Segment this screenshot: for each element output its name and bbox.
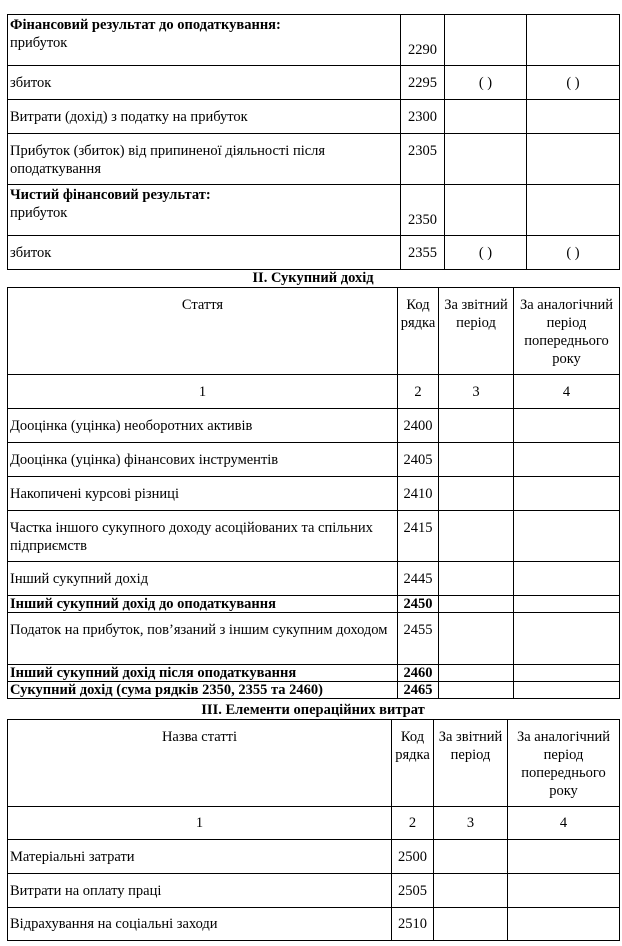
current-period-cell[interactable] (434, 874, 508, 908)
table-row: Сукупний дохід (сума рядків 2350, 2355 т… (8, 682, 620, 699)
operating-expenses-table: Назва статті Код рядка За звітний період… (7, 719, 620, 941)
row-label: Інший сукупний дохід (8, 562, 398, 596)
row-label: Сукупний дохід (сума рядків 2350, 2355 т… (8, 682, 398, 699)
table-row: Фінансовий результат до оподаткування: п… (8, 15, 620, 66)
financial-result-table: Фінансовий результат до оподаткування: п… (7, 14, 620, 270)
header-code: Код рядка (392, 720, 434, 807)
current-period-cell[interactable] (439, 409, 514, 443)
table-row: Витрати на оплату праці 2505 (8, 874, 620, 908)
row-code: 2350 (401, 185, 445, 236)
current-period-cell[interactable]: ( ) (445, 66, 527, 100)
current-period-cell[interactable] (439, 596, 514, 613)
row-label: Накопичені курсові різниці (8, 477, 398, 511)
current-period-cell[interactable] (439, 562, 514, 596)
row-heading: Чистий фінансовий результат: (10, 186, 398, 204)
section-title-comprehensive-income: II. Сукупний дохід (7, 269, 619, 287)
table-row: Відрахування на соціальні заходи 2510 (8, 908, 620, 941)
row-label-cell: Чистий фінансовий результат: прибуток (8, 185, 401, 236)
row-code: 2295 (401, 66, 445, 100)
col-number: 2 (398, 375, 439, 409)
row-code: 2465 (398, 682, 439, 699)
row-code: 2405 (398, 443, 439, 477)
row-code: 2510 (392, 908, 434, 941)
previous-period-cell[interactable] (508, 840, 620, 874)
column-number-row: 1 2 3 4 (8, 375, 620, 409)
current-period-cell[interactable] (439, 682, 514, 699)
current-period-cell[interactable] (439, 665, 514, 682)
previous-period-cell[interactable] (514, 613, 620, 665)
row-code: 2460 (398, 665, 439, 682)
col-number: 3 (434, 807, 508, 840)
row-label: Частка іншого сукупного доходу асоційова… (8, 511, 398, 562)
current-period-cell[interactable]: ( ) (445, 236, 527, 270)
current-period-cell[interactable] (445, 134, 527, 185)
col-number: 1 (8, 807, 392, 840)
table-row: збиток 2355 ( ) ( ) (8, 236, 620, 270)
row-code: 2455 (398, 613, 439, 665)
table-row: Частка іншого сукупного доходу асоційова… (8, 511, 620, 562)
header-item: Назва статті (8, 720, 392, 807)
row-code: 2415 (398, 511, 439, 562)
previous-period-cell[interactable] (508, 908, 620, 941)
table-row: Матеріальні затрати 2500 (8, 840, 620, 874)
row-code: 2305 (401, 134, 445, 185)
row-label: Дооцінка (уцінка) фінансових інструменті… (8, 443, 398, 477)
header-previous-period: За аналогічний період попереднього року (508, 720, 620, 807)
previous-period-cell[interactable] (514, 409, 620, 443)
row-code: 2400 (398, 409, 439, 443)
previous-period-cell[interactable] (527, 15, 620, 66)
previous-period-cell[interactable] (514, 665, 620, 682)
table-row: Накопичені курсові різниці 2410 (8, 477, 620, 511)
header-current-period: За звітний період (439, 288, 514, 375)
col-number: 1 (8, 375, 398, 409)
table-row: Витрати (дохід) з податку на прибуток 23… (8, 100, 620, 134)
table-row: Інший сукупний дохід до оподаткування 24… (8, 596, 620, 613)
current-period-cell[interactable] (439, 511, 514, 562)
row-code: 2505 (392, 874, 434, 908)
table-row: Інший сукупний дохід 2445 (8, 562, 620, 596)
row-label: Інший сукупний дохід до оподаткування (8, 596, 398, 613)
table-header-row: Стаття Код рядка За звітний період За ан… (8, 288, 620, 375)
row-label: Матеріальні затрати (8, 840, 392, 874)
column-number-row: 1 2 3 4 (8, 807, 620, 840)
header-current-period: За звітний період (434, 720, 508, 807)
previous-period-cell[interactable] (514, 562, 620, 596)
row-label: Інший сукупний дохід після оподаткування (8, 665, 398, 682)
table-row: Чистий фінансовий результат: прибуток 23… (8, 185, 620, 236)
row-label: прибуток (10, 34, 398, 52)
previous-period-cell[interactable] (527, 134, 620, 185)
row-code: 2500 (392, 840, 434, 874)
row-code: 2355 (401, 236, 445, 270)
previous-period-cell[interactable] (508, 874, 620, 908)
previous-period-cell[interactable] (527, 100, 620, 134)
table-row: Дооцінка (уцінка) фінансових інструменті… (8, 443, 620, 477)
row-label: Витрати на оплату праці (8, 874, 392, 908)
row-label: Відрахування на соціальні заходи (8, 908, 392, 941)
col-number: 2 (392, 807, 434, 840)
previous-period-cell[interactable] (514, 596, 620, 613)
previous-period-cell[interactable] (514, 682, 620, 699)
section-title-operating-expenses: III. Елементи операційних витрат (7, 701, 619, 719)
row-label: збиток (8, 66, 401, 100)
row-heading: Фінансовий результат до оподаткування: (10, 16, 398, 34)
header-code: Код рядка (398, 288, 439, 375)
col-number: 4 (514, 375, 620, 409)
row-code: 2450 (398, 596, 439, 613)
current-period-cell[interactable] (445, 185, 527, 236)
current-period-cell[interactable] (445, 100, 527, 134)
previous-period-cell[interactable]: ( ) (527, 66, 620, 100)
current-period-cell[interactable] (439, 477, 514, 511)
comprehensive-income-table: Стаття Код рядка За звітний період За ан… (7, 287, 620, 699)
row-label: Дооцінка (уцінка) необоротних активів (8, 409, 398, 443)
previous-period-cell[interactable]: ( ) (527, 236, 620, 270)
table-header-row: Назва статті Код рядка За звітний період… (8, 720, 620, 807)
previous-period-cell[interactable] (514, 511, 620, 562)
row-code: 2300 (401, 100, 445, 134)
row-label: Податок на прибуток, пов’язаний з іншим … (8, 613, 398, 665)
current-period-cell[interactable] (439, 443, 514, 477)
current-period-cell[interactable] (445, 15, 527, 66)
table-row: Прибуток (збиток) від припиненої діяльно… (8, 134, 620, 185)
row-label: Прибуток (збиток) від припиненої діяльно… (8, 134, 401, 185)
current-period-cell[interactable] (434, 840, 508, 874)
col-number: 3 (439, 375, 514, 409)
row-code: 2410 (398, 477, 439, 511)
current-period-cell[interactable] (439, 613, 514, 665)
previous-period-cell[interactable] (514, 477, 620, 511)
row-label: збиток (8, 236, 401, 270)
header-item: Стаття (8, 288, 398, 375)
row-code: 2290 (401, 15, 445, 66)
table-row: збиток 2295 ( ) ( ) (8, 66, 620, 100)
col-number: 4 (508, 807, 620, 840)
row-label: Витрати (дохід) з податку на прибуток (8, 100, 401, 134)
row-label: прибуток (10, 204, 398, 222)
table-row: Інший сукупний дохід після оподаткування… (8, 665, 620, 682)
table-row: Податок на прибуток, пов’язаний з іншим … (8, 613, 620, 665)
row-code: 2445 (398, 562, 439, 596)
header-previous-period: За аналогічний період попереднього року (514, 288, 620, 375)
previous-period-cell[interactable] (527, 185, 620, 236)
table-row: Дооцінка (уцінка) необоротних активів 24… (8, 409, 620, 443)
previous-period-cell[interactable] (514, 443, 620, 477)
row-label-cell: Фінансовий результат до оподаткування: п… (8, 15, 401, 66)
current-period-cell[interactable] (434, 908, 508, 941)
